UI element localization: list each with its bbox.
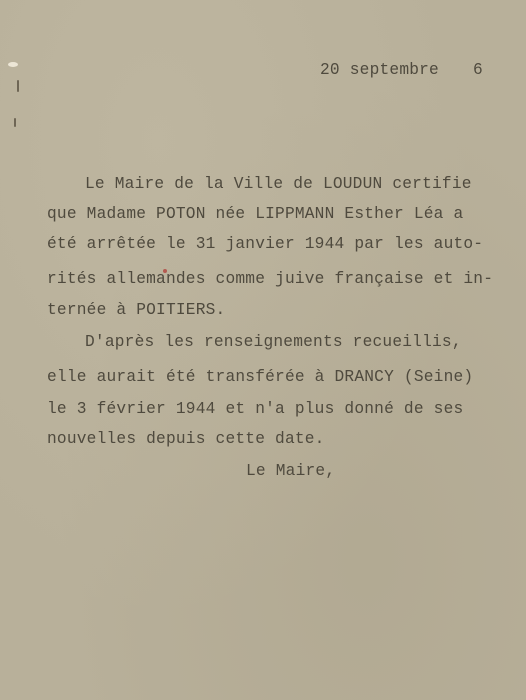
paper-blemish: [17, 80, 19, 92]
body-line: Le Maire de la Ville de LOUDUN certifie: [85, 174, 472, 194]
body-line: été arrêtée le 31 janvier 1944 par les a…: [47, 234, 483, 254]
page-number: 6: [473, 60, 483, 80]
body-line: D'après les renseignements recueillis,: [85, 332, 462, 352]
document-page: 20 septembre 6 Le Maire de la Ville de L…: [0, 0, 526, 700]
body-line: que Madame POTON née LIPPMANN Esther Léa…: [47, 204, 463, 224]
body-line: ternée à POITIERS.: [47, 300, 225, 320]
body-line: rités allemandes comme juive française e…: [47, 269, 493, 289]
paper-blemish: [14, 118, 16, 127]
document-date: 20 septembre: [320, 60, 439, 80]
body-line: elle aurait été transférée à DRANCY (Sei…: [47, 367, 473, 387]
signature-label: Le Maire,: [246, 461, 335, 481]
body-line: nouvelles depuis cette date.: [47, 429, 325, 449]
paper-blemish: [8, 62, 18, 67]
body-line: le 3 février 1944 et n'a plus donné de s…: [47, 399, 463, 419]
